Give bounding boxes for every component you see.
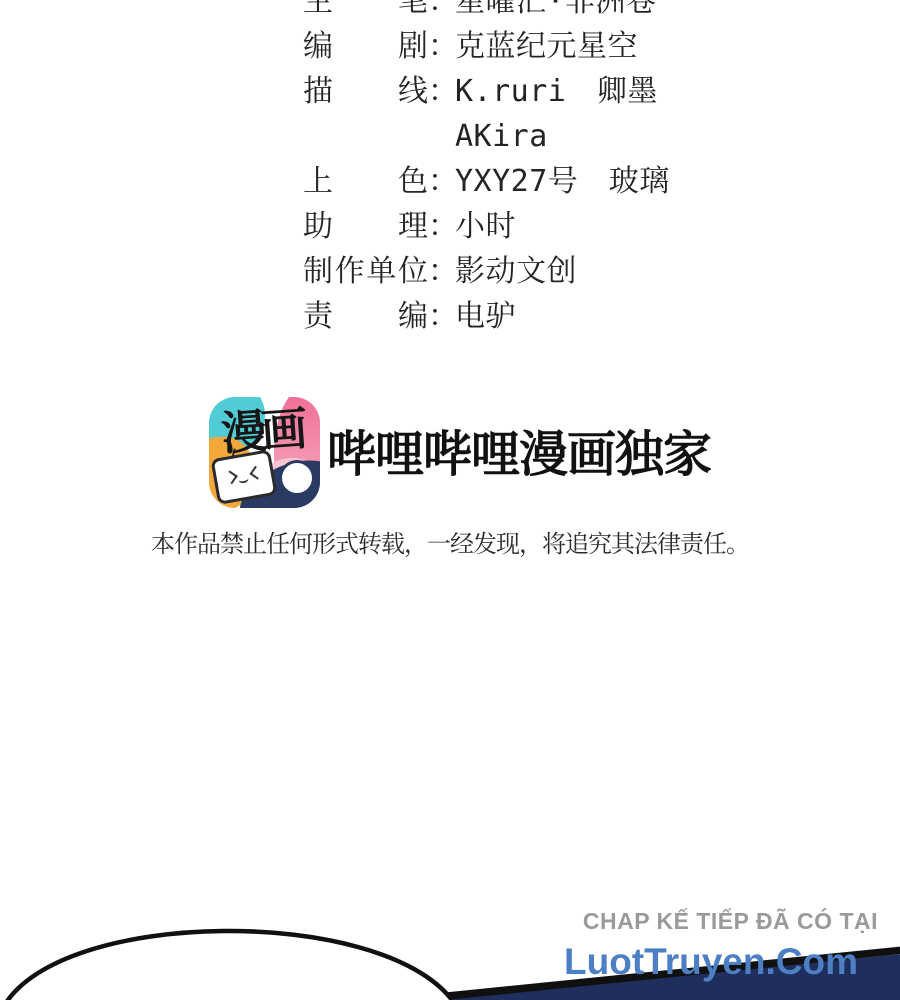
- tv-mouth: [238, 474, 249, 484]
- exclusive-title: 哔哩哔哩漫画独家: [327, 416, 711, 486]
- credit-row-main-artist: 主笔：星曜汇·非洲卷: [303, 0, 670, 24]
- credit-value: YXY27号 玻璃: [455, 164, 670, 199]
- credit-label: 上色: [303, 159, 428, 204]
- credit-label: 制作单位: [303, 249, 428, 294]
- credit-colon: ：: [428, 294, 455, 339]
- watermark-caption: CHAP KẾ TIẾP ĐÃ CÓ TẠI: [583, 908, 878, 935]
- credit-value: 小时: [455, 209, 516, 244]
- credit-colon: ：: [428, 69, 455, 114]
- credit-value: K.ruri 卿墨: [455, 74, 658, 109]
- credit-label: 编剧: [303, 24, 428, 69]
- credit-row-screenwriter: 编剧：克蓝纪元星空: [303, 24, 670, 69]
- tv-right-eye: [249, 466, 263, 480]
- credit-colon: ：: [428, 0, 455, 24]
- credit-row-assistant: 助理：小时: [303, 204, 670, 249]
- watermark-site-name: LuotTruyen.Com: [564, 941, 858, 983]
- hand-icon: [279, 460, 315, 496]
- credit-label: 描线: [303, 69, 428, 114]
- credit-label: 助理: [303, 204, 428, 249]
- credit-row-editor: 责编：电驴: [303, 294, 670, 339]
- copyright-disclaimer: 本作品禁止任何形式转载，一经发现，将追究其法律责任。: [0, 524, 900, 559]
- credit-row-line-art: 描线：K.ruri 卿墨: [303, 69, 670, 114]
- credit-label: 主笔: [303, 0, 428, 24]
- speech-bubble-arc: [4, 931, 452, 1000]
- credit-colon: ：: [428, 249, 455, 294]
- manga-credits-page: 主笔：星曜汇·非洲卷 编剧：克蓝纪元星空 描线：K.ruri 卿墨 AKira …: [0, 0, 900, 1000]
- credit-row-coloring: 上色：YXY27号 玻璃: [303, 159, 670, 204]
- credit-value: 星曜汇·非洲卷: [455, 0, 657, 19]
- credit-colon: ：: [428, 24, 455, 69]
- credit-value: 电驴: [455, 299, 516, 334]
- credit-value: AKira: [455, 119, 548, 154]
- bilibili-manga-app-icon: 漫画: [209, 397, 320, 508]
- manga-logo-text: 漫画: [219, 397, 303, 464]
- credit-row-production-unit: 制作单位：影动文创: [303, 249, 670, 294]
- credit-row-line-art-cont: AKira: [303, 114, 670, 159]
- credit-label: 责编: [303, 294, 428, 339]
- credit-colon: ：: [428, 159, 455, 204]
- credit-colon: ：: [428, 204, 455, 249]
- tv-left-eye: [224, 470, 238, 484]
- credits-block: 主笔：星曜汇·非洲卷 编剧：克蓝纪元星空 描线：K.ruri 卿墨 AKira …: [303, 0, 670, 339]
- credit-value: 克蓝纪元星空: [455, 29, 638, 64]
- credit-value: 影动文创: [455, 254, 577, 289]
